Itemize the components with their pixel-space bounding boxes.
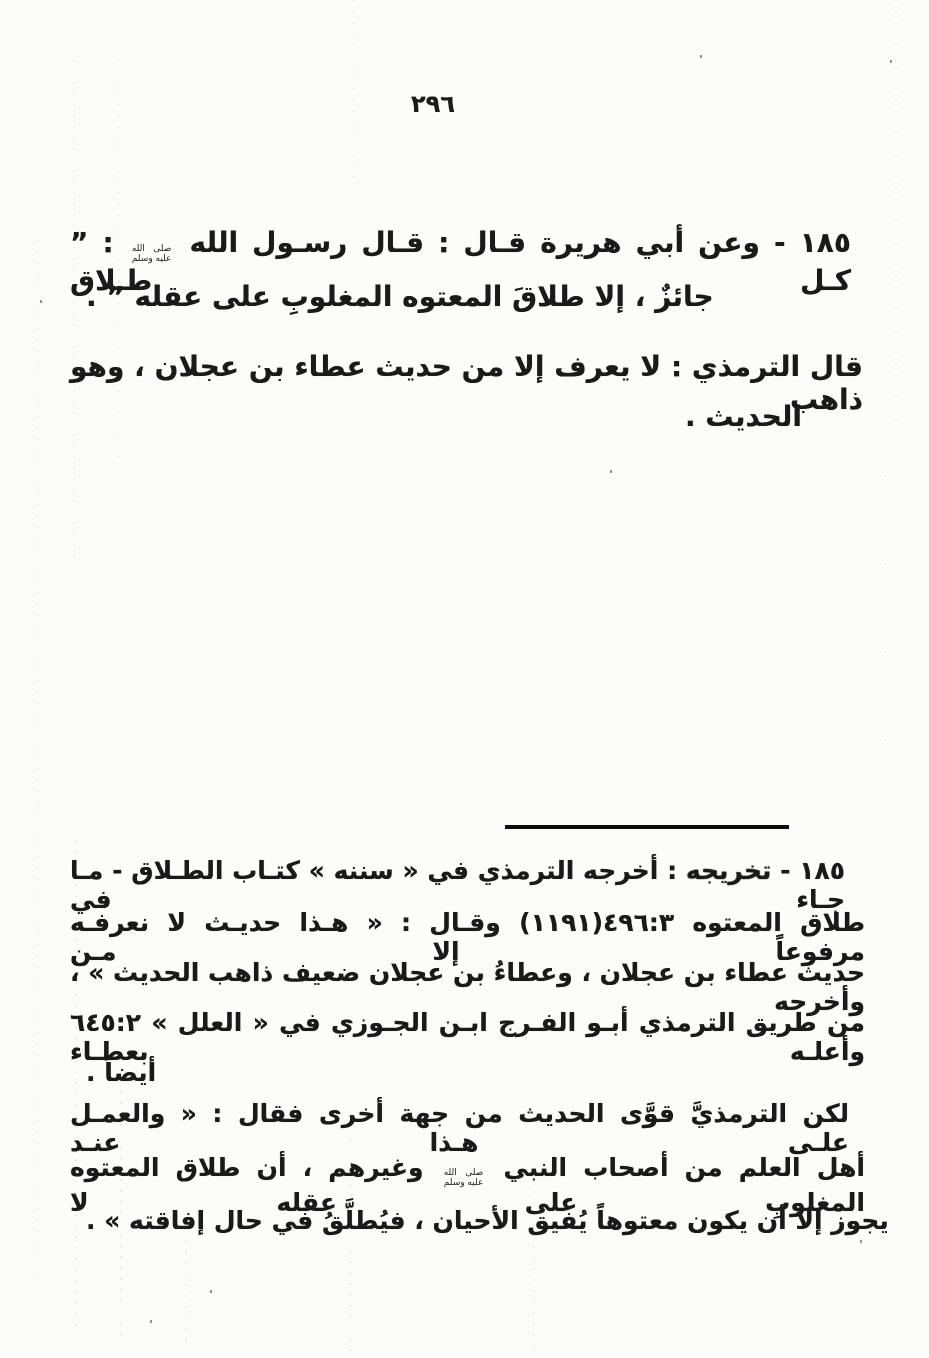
hadith-line-1-text-a: ١٨٥ - وعن أبي هريرة قـال : قـال رسـول ال…: [190, 226, 851, 259]
scan-artifact: [860, 1240, 862, 1243]
scan-artifact: [533, 1180, 535, 1355]
saw-honorific-icon: صلى اللهعليه وسلم: [132, 244, 172, 264]
footnote-separator: [505, 825, 789, 829]
commentary-line-2-text-a: أهل العلم من أصحاب النبي: [503, 1153, 865, 1182]
takhrij-line-1: ١٨٥ - تخريجه : أخرجه الترمذي في « سننه »…: [70, 856, 845, 914]
scan-artifact: [884, 420, 886, 760]
commentary-line-1: لكن الترمذيَّ قوَّى الحديث من جهة أخرى ف…: [70, 1099, 849, 1157]
tirmidhi-comment-line-2: الحديث .: [685, 400, 802, 433]
scan-artifact: [120, 1080, 122, 1345]
scan-artifact: [118, 60, 120, 460]
scan-artifact: [150, 1320, 152, 1323]
takhrij-number: ١٨٥ -: [771, 856, 845, 885]
commentary-line-3: يجوز إلا أن يكون معتوهاً يُفيق الأحيان ،…: [86, 1206, 889, 1235]
scan-artifact: [73, 60, 75, 560]
scan-artifact: [700, 55, 702, 58]
scan-artifact: [350, 1140, 352, 1355]
page-number: ٢٩٦: [373, 90, 493, 118]
scan-artifact: [185, 1240, 187, 1350]
hadith-line-2: جائزٌ ، إلا طلاقَ المعتوه المغلوبِ على ع…: [86, 280, 714, 313]
scan-artifact: [610, 470, 612, 473]
scan-artifact: [210, 1290, 212, 1293]
saw-honorific-icon: صلى اللهعليه وسلم: [444, 1168, 484, 1188]
takhrij-line-4: من طريق الترمذي أبـو الفـرج ابـن الجـوزي…: [70, 1008, 865, 1066]
scan-artifact: [352, 0, 354, 180]
scan-artifact: [895, 0, 897, 420]
scan-artifact: [75, 840, 77, 1330]
scan-artifact: [890, 60, 892, 63]
scan-artifact: [420, 100, 422, 103]
scan-artifact: [40, 300, 42, 303]
scan-artifact: [36, 240, 38, 1280]
takhrij-keyword: تخريجه: [686, 856, 772, 885]
book-page: ٢٩٦ ١٨٥ - وعن أبي هريرة قـال : قـال رسـو…: [0, 0, 929, 1358]
